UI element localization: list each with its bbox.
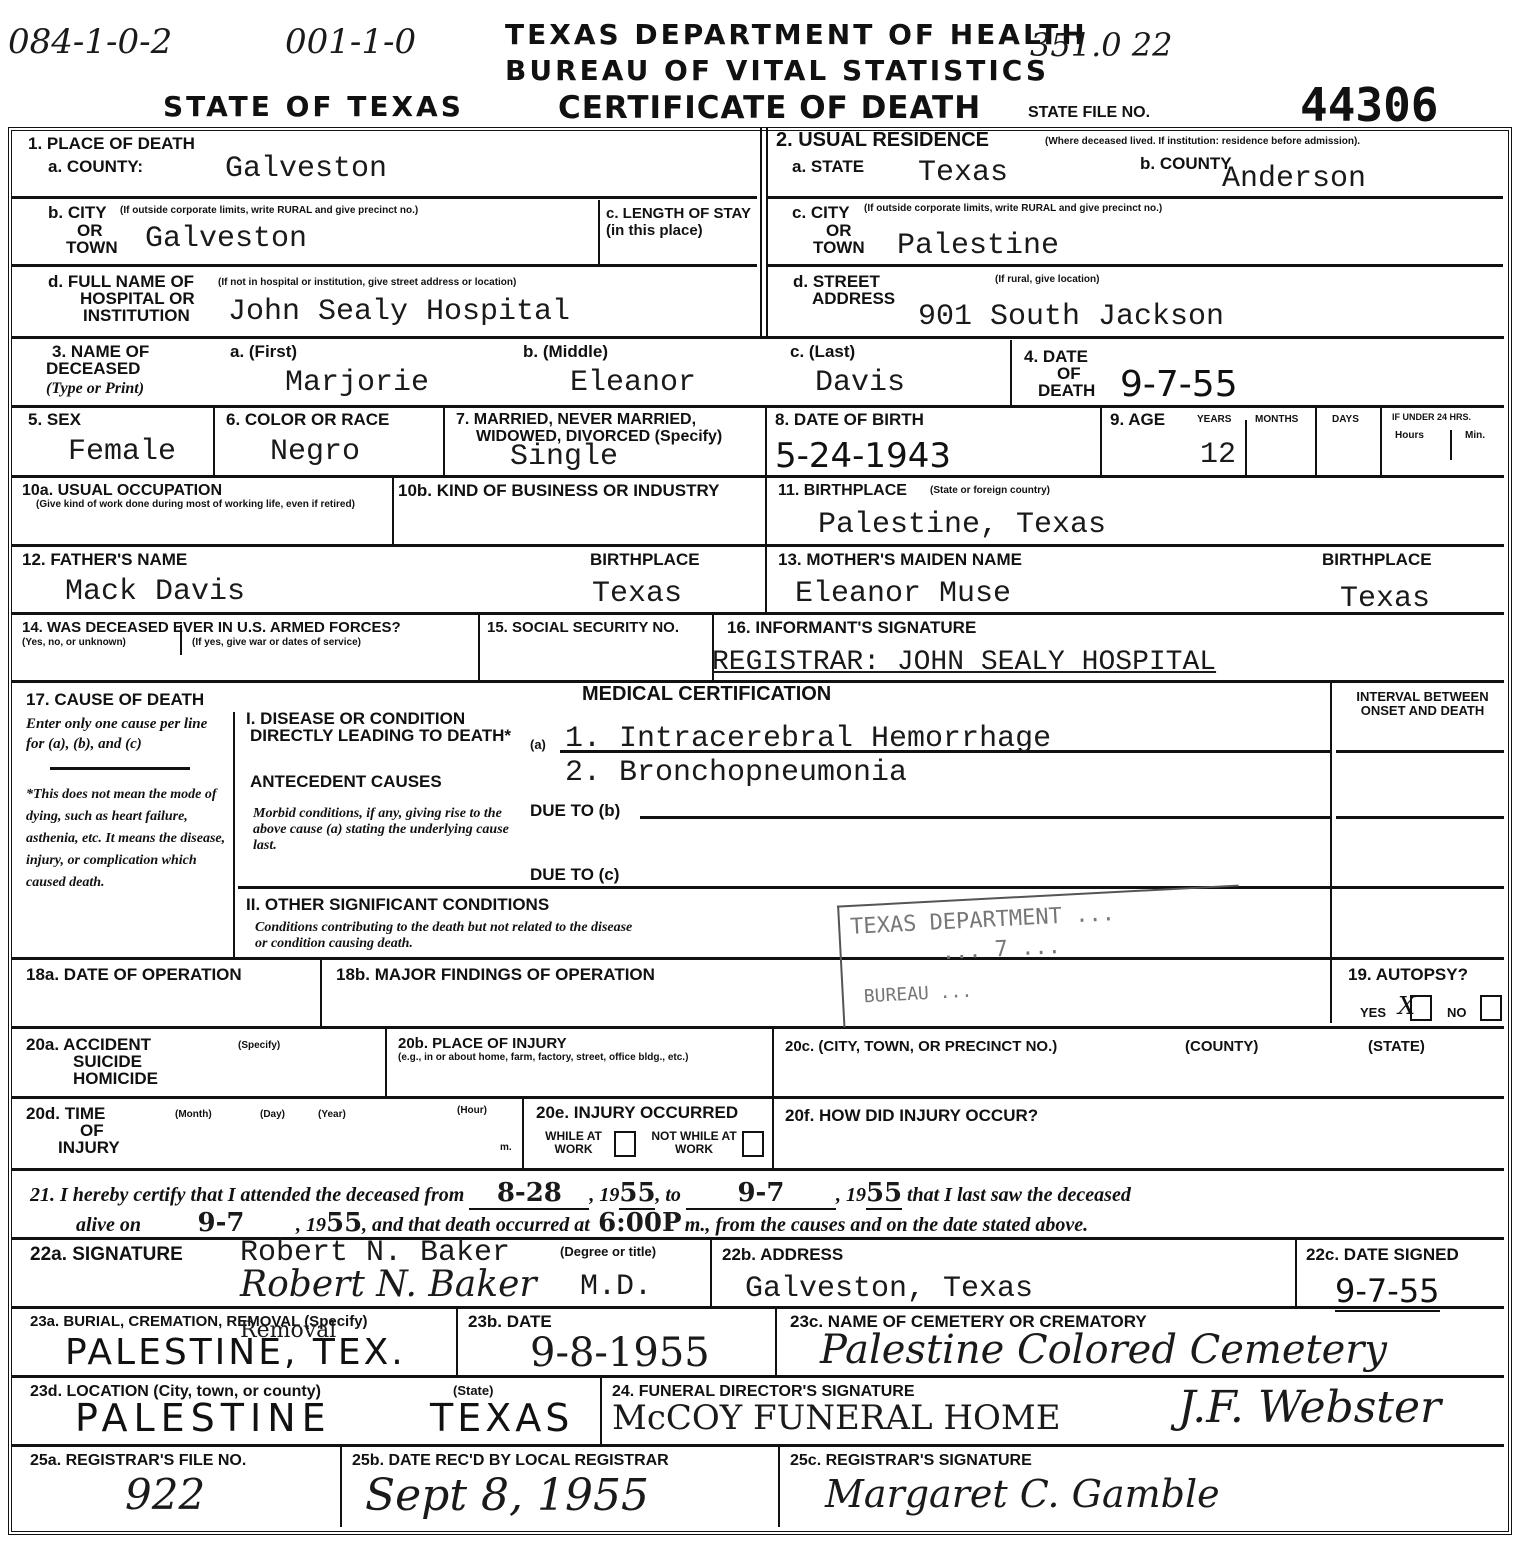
date-of-death-value[interactable]: 9-7-55 [1120, 364, 1238, 405]
armed-forces-note-2: (If yes, give war or dates of service) [192, 637, 361, 648]
residence-city-note: (If outside corporate limits, write RURA… [864, 203, 1464, 214]
cert-text-3: , and that death occurred at [362, 1214, 590, 1236]
handwritten-file-code-2: 001-1-0 [285, 22, 416, 62]
date-received-value[interactable]: Sept 8, 1955 [365, 1470, 649, 1521]
injury-year-label: (Year) [318, 1109, 346, 1120]
disease-label-2: DIRECTLY LEADING TO DEATH* [250, 727, 511, 744]
birthplace-note: (State or foreign country) [930, 485, 1050, 496]
burial-date-value[interactable]: 9-8-1955 [530, 1330, 710, 1376]
burial-method-place[interactable]: PALESTINE, TEX. [65, 1332, 406, 1373]
date-signed-value[interactable]: 9-7-55 [1335, 1272, 1440, 1312]
length-of-stay-label: c. LENGTH OF STAY (in this place) [606, 205, 756, 239]
burial-location-state[interactable]: TEXAS [430, 1396, 573, 1440]
operation-findings-label: 18b. MAJOR FINDINGS OF OPERATION [336, 966, 655, 983]
injury-county-label: (COUNTY) [1185, 1038, 1258, 1055]
injury-city-label: 20c. (CITY, TOWN, OR PRECINCT NO.) [785, 1038, 1057, 1055]
physician-address-label: 22b. ADDRESS [722, 1246, 843, 1263]
father-name-value[interactable]: Mack Davis [65, 575, 245, 609]
line-a-label: (a) [530, 736, 546, 753]
state-file-number: 44306 [1300, 78, 1438, 132]
burial-date-label: 23b. DATE [468, 1313, 552, 1330]
age-hours-label: Hours [1395, 430, 1424, 441]
operation-date-label: 18a. DATE OF OPERATION [26, 966, 242, 983]
alive-on-label: alive on [76, 1214, 141, 1236]
stamp-line-2: ... 7 ... [941, 934, 1061, 965]
how-injury-occurred-label: 20f. HOW DID INJURY OCCUR? [785, 1107, 1038, 1124]
due-to-b-label: DUE TO (b) [530, 802, 620, 819]
age-years-label: YEARS [1197, 414, 1231, 425]
not-while-at-work-label: NOT WHILE AT WORK [650, 1130, 738, 1156]
informant-value[interactable]: REGISTRAR: JOHN SEALY HOSPITAL [712, 647, 1216, 678]
burial-location-state-label: (State) [453, 1385, 493, 1396]
age-years-value[interactable]: 12 [1200, 438, 1236, 472]
cert-year-prefix-1: , 19 [589, 1184, 619, 1206]
deceased-name-label-3: (Type or Print) [46, 380, 144, 398]
first-name-label: a. (First) [230, 343, 297, 360]
date-of-death-label-3: DEATH [1038, 382, 1095, 399]
stamp-line-3: BUREAU ... [863, 981, 972, 1008]
dob-label: 8. DATE OF BIRTH [775, 411, 924, 428]
stamp-line-1: TEXAS DEPARTMENT ... [850, 901, 1116, 940]
due-to-c-label: DUE TO (c) [530, 866, 619, 883]
hospital-label-3: INSTITUTION [83, 307, 190, 324]
usual-residence-note: (Where deceased lived. If institution: r… [1045, 136, 1500, 147]
cert-text-4: m., from the causes and on the date stat… [685, 1214, 1088, 1236]
autopsy-no-label: NO [1447, 1007, 1467, 1018]
while-at-work-label: WHILE AT WORK [536, 1130, 611, 1156]
date-of-death-label-2: OF [1057, 365, 1081, 382]
deceased-name-label-2: DECEASED [46, 360, 140, 377]
interval-label: INTERVAL BETWEEN ONSET AND DEATH [1345, 690, 1500, 718]
certification-line-1: 21. I hereby certify that I attended the… [30, 1178, 1131, 1210]
middle-name-value[interactable]: Eleanor [570, 366, 696, 400]
cause-of-death-label: 17. CAUSE OF DEATH [26, 691, 204, 708]
death-city-or: OR [77, 222, 103, 239]
ssn-label: 15. SOCIAL SECURITY NO. [487, 619, 679, 636]
injury-hour-label: (Hour) [457, 1105, 487, 1116]
autopsy-label: 19. AUTOPSY? [1348, 966, 1468, 983]
sex-value[interactable]: Female [68, 435, 176, 469]
attended-from-value[interactable]: 8-28 [469, 1178, 589, 1210]
certification-line-2: alive on 9-7, 1955, and that death occur… [76, 1208, 1088, 1240]
death-county-label: a. COUNTY: [48, 158, 143, 175]
age-label: 9. AGE [1110, 411, 1165, 428]
state-file-label: STATE FILE NO. [1028, 104, 1150, 121]
place-of-death-label: 1. PLACE OF DEATH [28, 135, 195, 152]
residence-state-value[interactable]: Texas [918, 156, 1008, 190]
residence-street-label-1: d. STREET [793, 273, 880, 290]
accident-label-2: SUICIDE [73, 1053, 142, 1070]
degree-label: (Degree or title) [560, 1246, 656, 1257]
injury-m-label: m. [500, 1142, 512, 1153]
time-of-injury-label-2: OF [80, 1122, 104, 1139]
registrar-signature[interactable]: Margaret C. Gamble [825, 1472, 1220, 1516]
hospital-label-2: HOSPITAL OR [80, 290, 195, 307]
birthplace-value[interactable]: Palestine, Texas [818, 508, 1106, 542]
death-city-value[interactable]: Galveston [145, 222, 307, 256]
date-received-label: 25b. DATE REC'D BY LOCAL REGISTRAR [352, 1452, 669, 1469]
autopsy-yes-label: YES [1360, 1007, 1386, 1018]
middle-name-label: b. (Middle) [523, 343, 608, 360]
handwritten-file-code-3: 351.0 22 [1030, 26, 1173, 64]
physician-signature-label: 22a. SIGNATURE [30, 1246, 183, 1263]
residence-street-note: (If rural, give location) [995, 274, 1099, 285]
residence-state-label: a. STATE [792, 158, 864, 175]
deceased-name-label-1: 3. NAME OF [52, 343, 149, 360]
hospital-value[interactable]: John Sealy Hospital [228, 295, 570, 329]
certificate-title: CERTIFICATE OF DEATH [558, 90, 981, 126]
residence-city-or: OR [826, 222, 852, 239]
hospital-note: (If not in hospital or institution, give… [218, 277, 516, 288]
father-birthplace-value[interactable]: Texas [592, 577, 682, 611]
race-label: 6. COLOR OR RACE [226, 411, 389, 428]
injury-state-label: (STATE) [1368, 1038, 1425, 1055]
autopsy-yes-mark: X [1398, 992, 1415, 1020]
accident-label-3: HOMICIDE [73, 1070, 158, 1087]
birthplace-label: 11. BIRTHPLACE [778, 482, 907, 499]
department-title: TEXAS DEPARTMENT OF HEALTH [505, 18, 1088, 51]
time-of-injury-label-1: 20d. TIME [26, 1105, 105, 1122]
cemetery-value[interactable]: Palestine Colored Cemetery [820, 1327, 1387, 1373]
hospital-label-1: d. FULL NAME OF [48, 273, 194, 290]
cert-year-prefix-3: , 19 [296, 1214, 326, 1236]
date-of-death-label-1: 4. DATE [1024, 348, 1088, 365]
autopsy-no-checkbox[interactable] [1480, 995, 1502, 1021]
cert-to-word: , to [655, 1184, 681, 1206]
funeral-home-value[interactable]: McCOY FUNERAL HOME [612, 1398, 1061, 1438]
cause-line-1[interactable]: 1. Intracerebral Hemorrhage [565, 722, 1051, 756]
residence-city-town: TOWN [813, 239, 865, 256]
registrar-signature-label: 25c. REGISTRAR'S SIGNATURE [790, 1452, 1032, 1469]
age-months-label: MONTHS [1255, 414, 1298, 425]
time-of-injury-label-3: INJURY [58, 1139, 120, 1156]
armed-forces-label: 14. WAS DECEASED EVER IN U.S. ARMED FORC… [22, 619, 401, 636]
physician-degree: M.D. [580, 1270, 652, 1304]
cert-text-1: 21. I hereby certify that I attended the… [30, 1184, 464, 1206]
occupation-label: 10a. USUAL OCCUPATION [22, 482, 222, 499]
race-value[interactable]: Negro [270, 435, 360, 469]
antecedent-label: ANTECEDENT CAUSES [250, 773, 442, 790]
handwritten-file-code-1: 084-1-0-2 [8, 22, 172, 62]
registrar-file-label: 25a. REGISTRAR'S FILE NO. [30, 1452, 246, 1469]
other-conditions-label: II. OTHER SIGNIFICANT CONDITIONS [246, 896, 549, 913]
physician-address-value[interactable]: Galveston, Texas [745, 1272, 1033, 1306]
industry-label: 10b. KIND OF BUSINESS OR INDUSTRY [398, 482, 719, 499]
cause-instructions: Enter only one cause per line for (a), (… [26, 714, 226, 754]
age-under24-label: IF UNDER 24 HRS. [1392, 412, 1471, 423]
time-of-death-value[interactable]: 6:00P [595, 1208, 685, 1240]
cause-footnote: *This does not mean the mode of dying, s… [26, 784, 226, 894]
residence-city-label: c. CITY [792, 204, 850, 221]
bureau-title: BUREAU OF VITAL STATISTICS [505, 54, 1049, 87]
residence-street-label-2: ADDRESS [812, 290, 895, 307]
physician-signature[interactable]: Robert N. Baker [240, 1264, 537, 1305]
cert-year-prefix-2: , 19 [836, 1184, 866, 1206]
mother-name-label: 13. MOTHER'S MAIDEN NAME [778, 551, 1022, 568]
dob-value[interactable]: 5-24-1943 [775, 436, 951, 476]
accident-specify: (Specify) [238, 1040, 280, 1051]
state-title: STATE OF TEXAS [163, 90, 464, 123]
last-name-label: c. (Last) [790, 343, 855, 360]
cert-text-2: that I last saw the deceased [907, 1184, 1131, 1206]
date-signed-label: 22c. DATE SIGNED [1306, 1246, 1459, 1263]
death-city-label: b. CITY [48, 204, 107, 221]
not-while-at-work-checkbox[interactable] [742, 1131, 764, 1157]
injury-occurred-label: 20e. INJURY OCCURRED [536, 1104, 738, 1121]
occupation-note: (Give kind of work done during most of w… [36, 499, 386, 510]
informant-label: 16. INFORMANT'S SIGNATURE [727, 619, 976, 636]
accident-label-1: 20a. ACCIDENT [26, 1036, 151, 1053]
injury-month-label: (Month) [175, 1109, 212, 1120]
armed-forces-note-1: (Yes, no, or unknown) [22, 637, 126, 648]
funeral-director-signature[interactable]: J.F. Webster [1178, 1382, 1441, 1433]
attended-from-year[interactable]: 55 [619, 1178, 655, 1210]
residence-city-value[interactable]: Palestine [897, 229, 1059, 263]
burial-location-city[interactable]: PALESTINE [75, 1396, 332, 1440]
injury-place-label: 20b. PLACE OF INJURY [398, 1035, 567, 1052]
injury-day-label: (Day) [260, 1109, 285, 1120]
first-name-value[interactable]: Marjorie [285, 366, 429, 400]
antecedent-note: Morbid conditions, if any, giving rise t… [253, 806, 528, 854]
marital-label-1: 7. MARRIED, NEVER MARRIED, [456, 411, 696, 428]
residence-county-label: b. COUNTY [1140, 155, 1232, 172]
attended-to-year[interactable]: 55 [866, 1178, 902, 1210]
medical-certification-title: MEDICAL CERTIFICATION [582, 686, 831, 703]
injury-place-note: (e.g., in or about home, farm, factory, … [398, 1052, 768, 1063]
while-at-work-checkbox[interactable] [614, 1131, 636, 1157]
mother-birthplace-label: BIRTHPLACE [1322, 551, 1432, 568]
mother-birthplace-value[interactable]: Texas [1340, 582, 1430, 616]
last-name-value[interactable]: Davis [815, 366, 905, 400]
father-name-label: 12. FATHER'S NAME [22, 551, 187, 568]
mother-name-value[interactable]: Eleanor Muse [795, 577, 1011, 611]
other-conditions-note: Conditions contributing to the death but… [255, 920, 635, 952]
sex-label: 5. SEX [28, 411, 81, 428]
attended-to-value[interactable]: 9-7 [686, 1178, 836, 1210]
registrar-file-value[interactable]: 922 [125, 1470, 205, 1519]
usual-residence-label: 2. USUAL RESIDENCE [776, 132, 989, 149]
cause-line-2[interactable]: 2. Bronchopneumonia [565, 756, 907, 790]
father-birthplace-label: BIRTHPLACE [590, 551, 700, 568]
death-city-town: TOWN [66, 239, 118, 256]
residence-county-value[interactable]: Anderson [1222, 162, 1366, 196]
death-city-note: (If outside corporate limits, write RURA… [120, 205, 590, 216]
received-stamp: TEXAS DEPARTMENT ... ... 7 ... BUREAU ..… [837, 885, 1245, 1028]
death-county-value[interactable]: Galveston [225, 152, 387, 186]
marital-value[interactable]: Single [510, 440, 618, 474]
age-min-label: Min. [1465, 430, 1485, 441]
instruction-divider [50, 767, 190, 770]
disease-label-1: I. DISEASE OR CONDITION [246, 710, 465, 727]
residence-street-value[interactable]: 901 South Jackson [918, 300, 1224, 334]
age-days-label: DAYS [1332, 414, 1359, 425]
